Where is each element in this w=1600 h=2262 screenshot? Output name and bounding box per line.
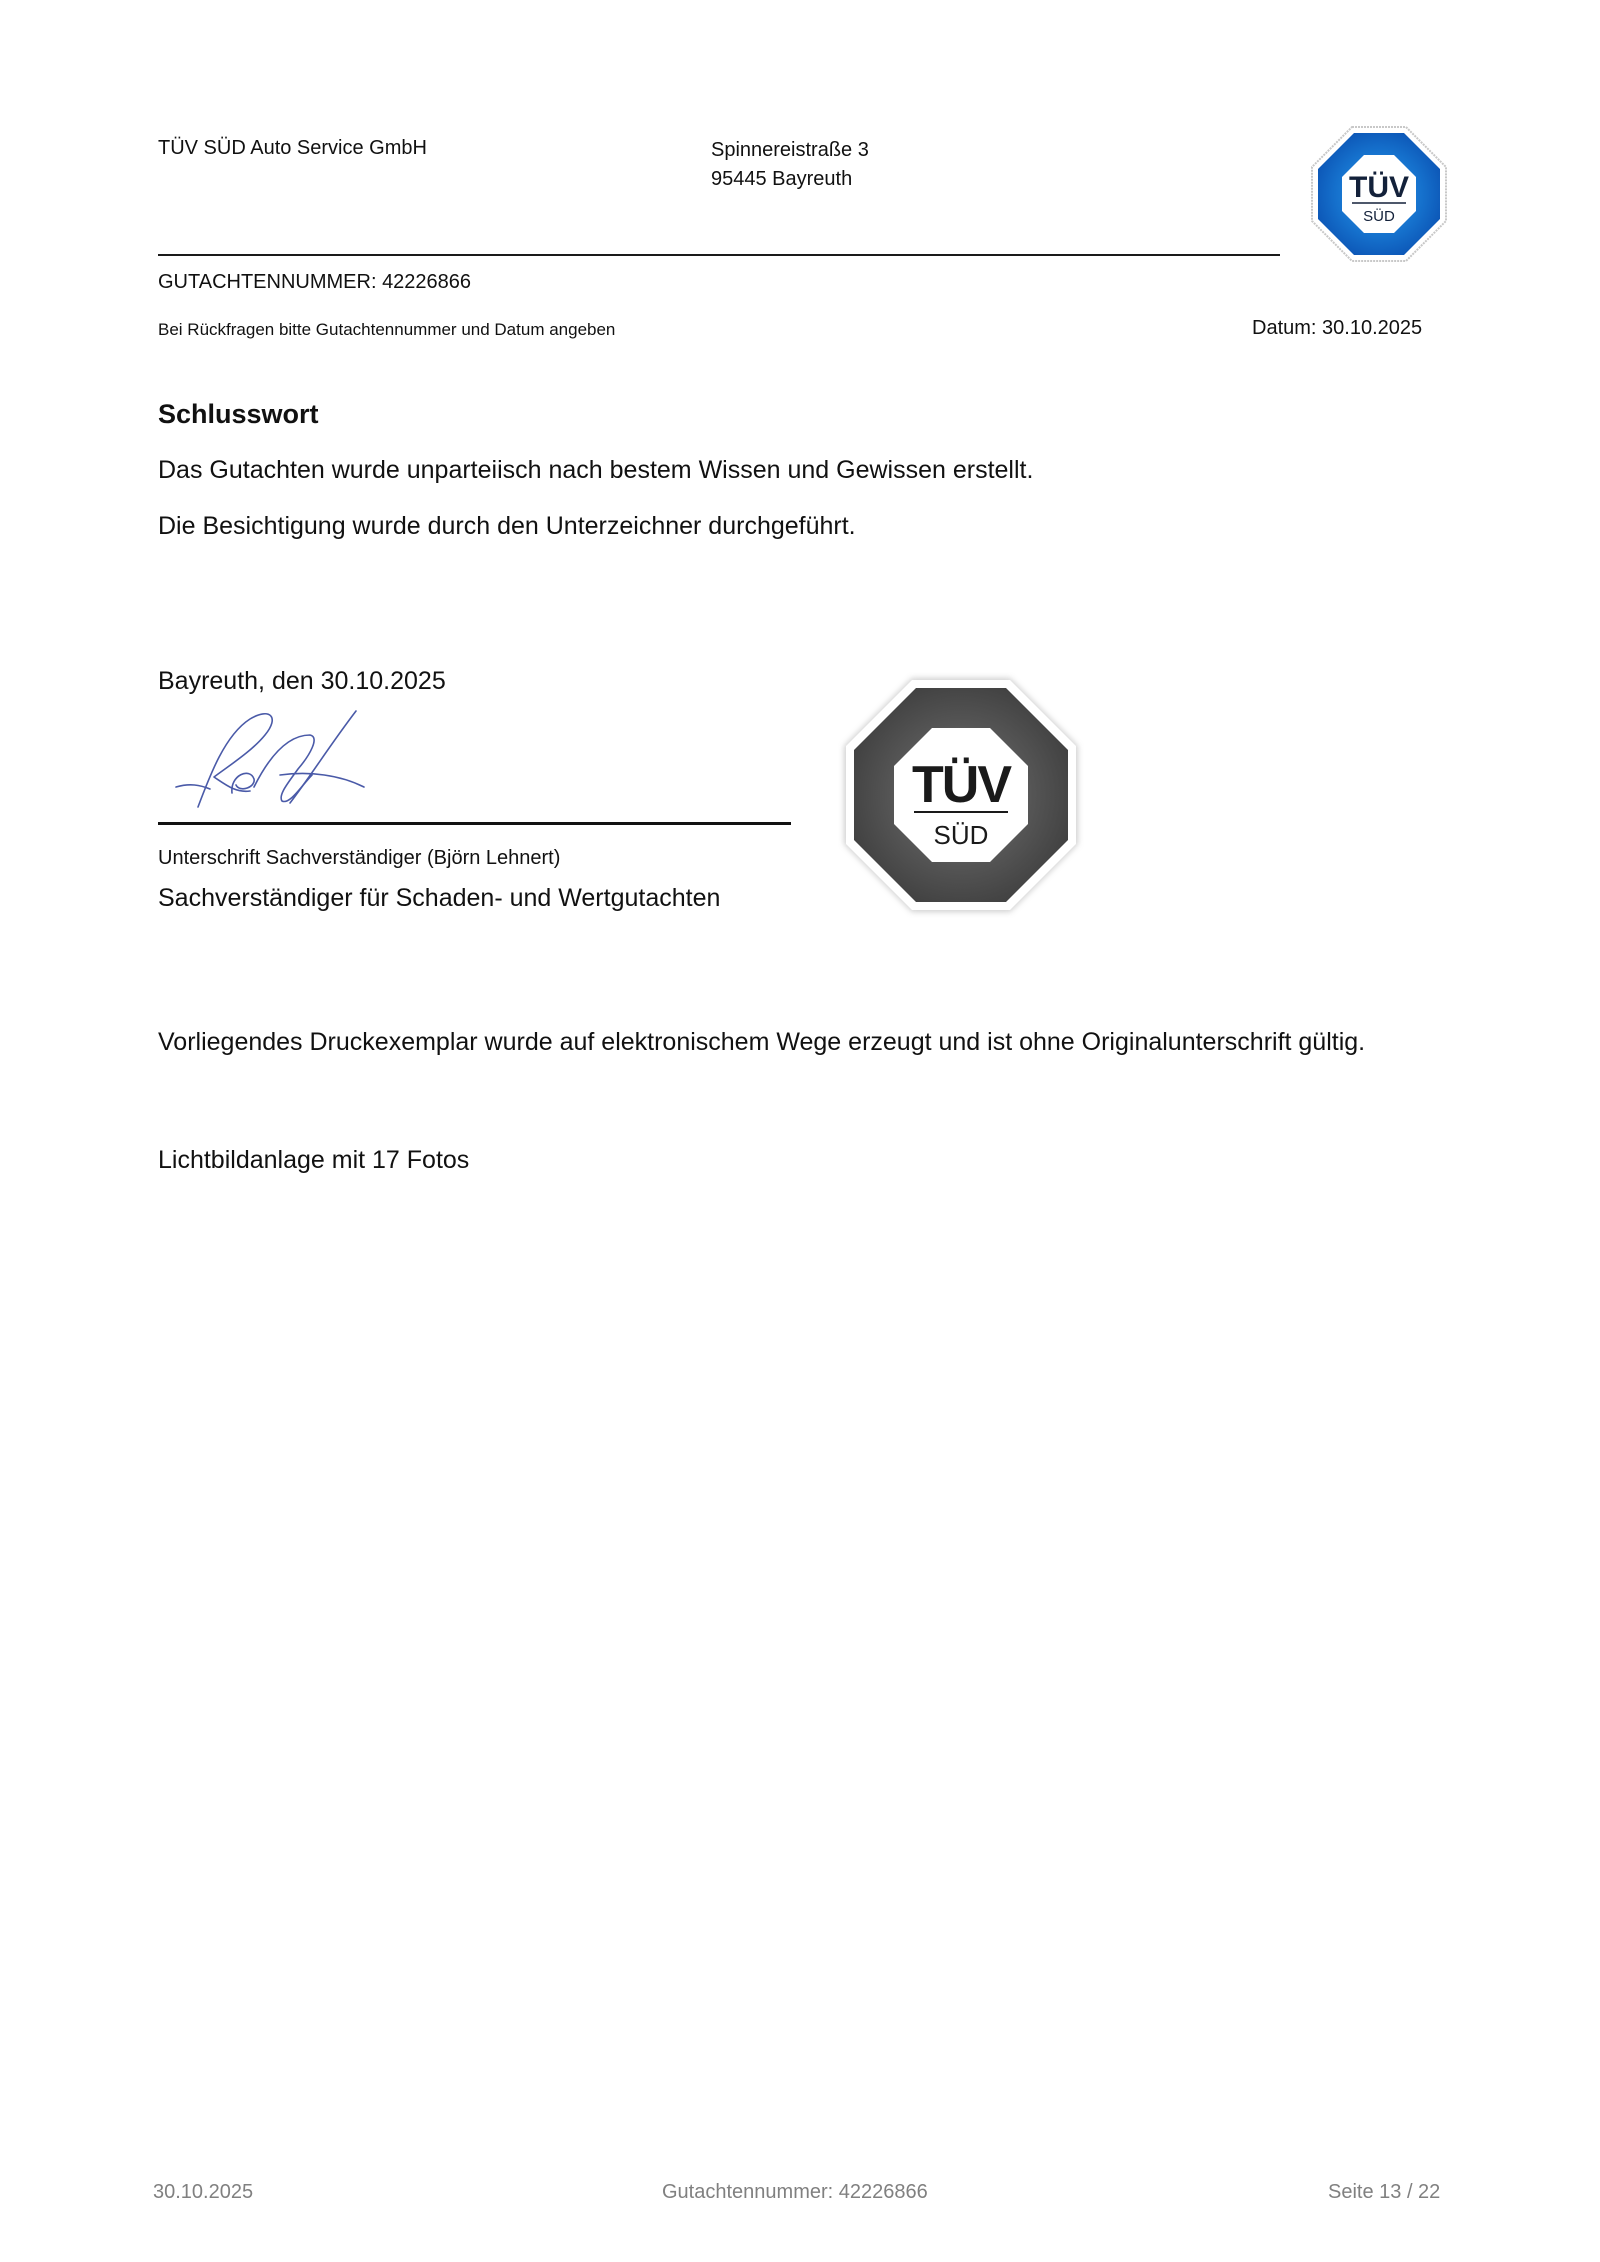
paragraph-impartiality: Das Gutachten wurde unparteiisch nach be… (158, 455, 1033, 485)
paragraph-inspection: Die Besichtigung wurde durch den Unterze… (158, 511, 856, 541)
svg-text:SÜD: SÜD (934, 820, 989, 850)
signature-image (170, 705, 380, 815)
report-number: GUTACHTENNUMMER: 42226866 (158, 270, 471, 294)
signature-icon (170, 705, 380, 815)
footer-page-number: Seite 13 / 22 (1328, 2180, 1440, 2204)
header-divider (158, 254, 1280, 256)
footer-report-number: Gutachtennummer: 42226866 (662, 2180, 928, 2204)
inquiry-hint: Bei Rückfragen bitte Gutachtennummer und… (158, 319, 615, 341)
company-name: TÜV SÜD Auto Service GmbH (158, 136, 427, 160)
tuv-sued-stamp: TÜV SÜD (838, 672, 1084, 918)
svg-text:SÜD: SÜD (1363, 207, 1395, 225)
section-title: Schlusswort (158, 398, 319, 430)
document-date: Datum: 30.10.2025 (1252, 316, 1422, 340)
svg-text:TÜV: TÜV (912, 756, 1012, 814)
tuv-sued-stamp-icon: TÜV SÜD (838, 672, 1084, 918)
svg-text:TÜV: TÜV (1349, 171, 1409, 204)
tuv-sued-logo-icon: TÜV SÜD (1310, 125, 1448, 263)
tuv-sued-logo: TÜV SÜD (1310, 125, 1448, 263)
expert-role: Sachverständiger für Schaden- und Wertgu… (158, 883, 720, 913)
footer-date: 30.10.2025 (153, 2180, 253, 2204)
place-date: Bayreuth, den 30.10.2025 (158, 666, 446, 696)
address-street: Spinnereistraße 3 (711, 136, 869, 165)
signature-caption: Unterschrift Sachverständiger (Björn Leh… (158, 846, 560, 870)
company-address: Spinnereistraße 3 95445 Bayreuth (711, 136, 869, 194)
electronic-copy-note: Vorliegendes Druckexemplar wurde auf ele… (158, 1022, 1448, 1062)
signature-line (158, 822, 791, 825)
address-city: 95445 Bayreuth (711, 165, 869, 194)
photo-attachment-note: Lichtbildanlage mit 17 Fotos (158, 1145, 469, 1175)
